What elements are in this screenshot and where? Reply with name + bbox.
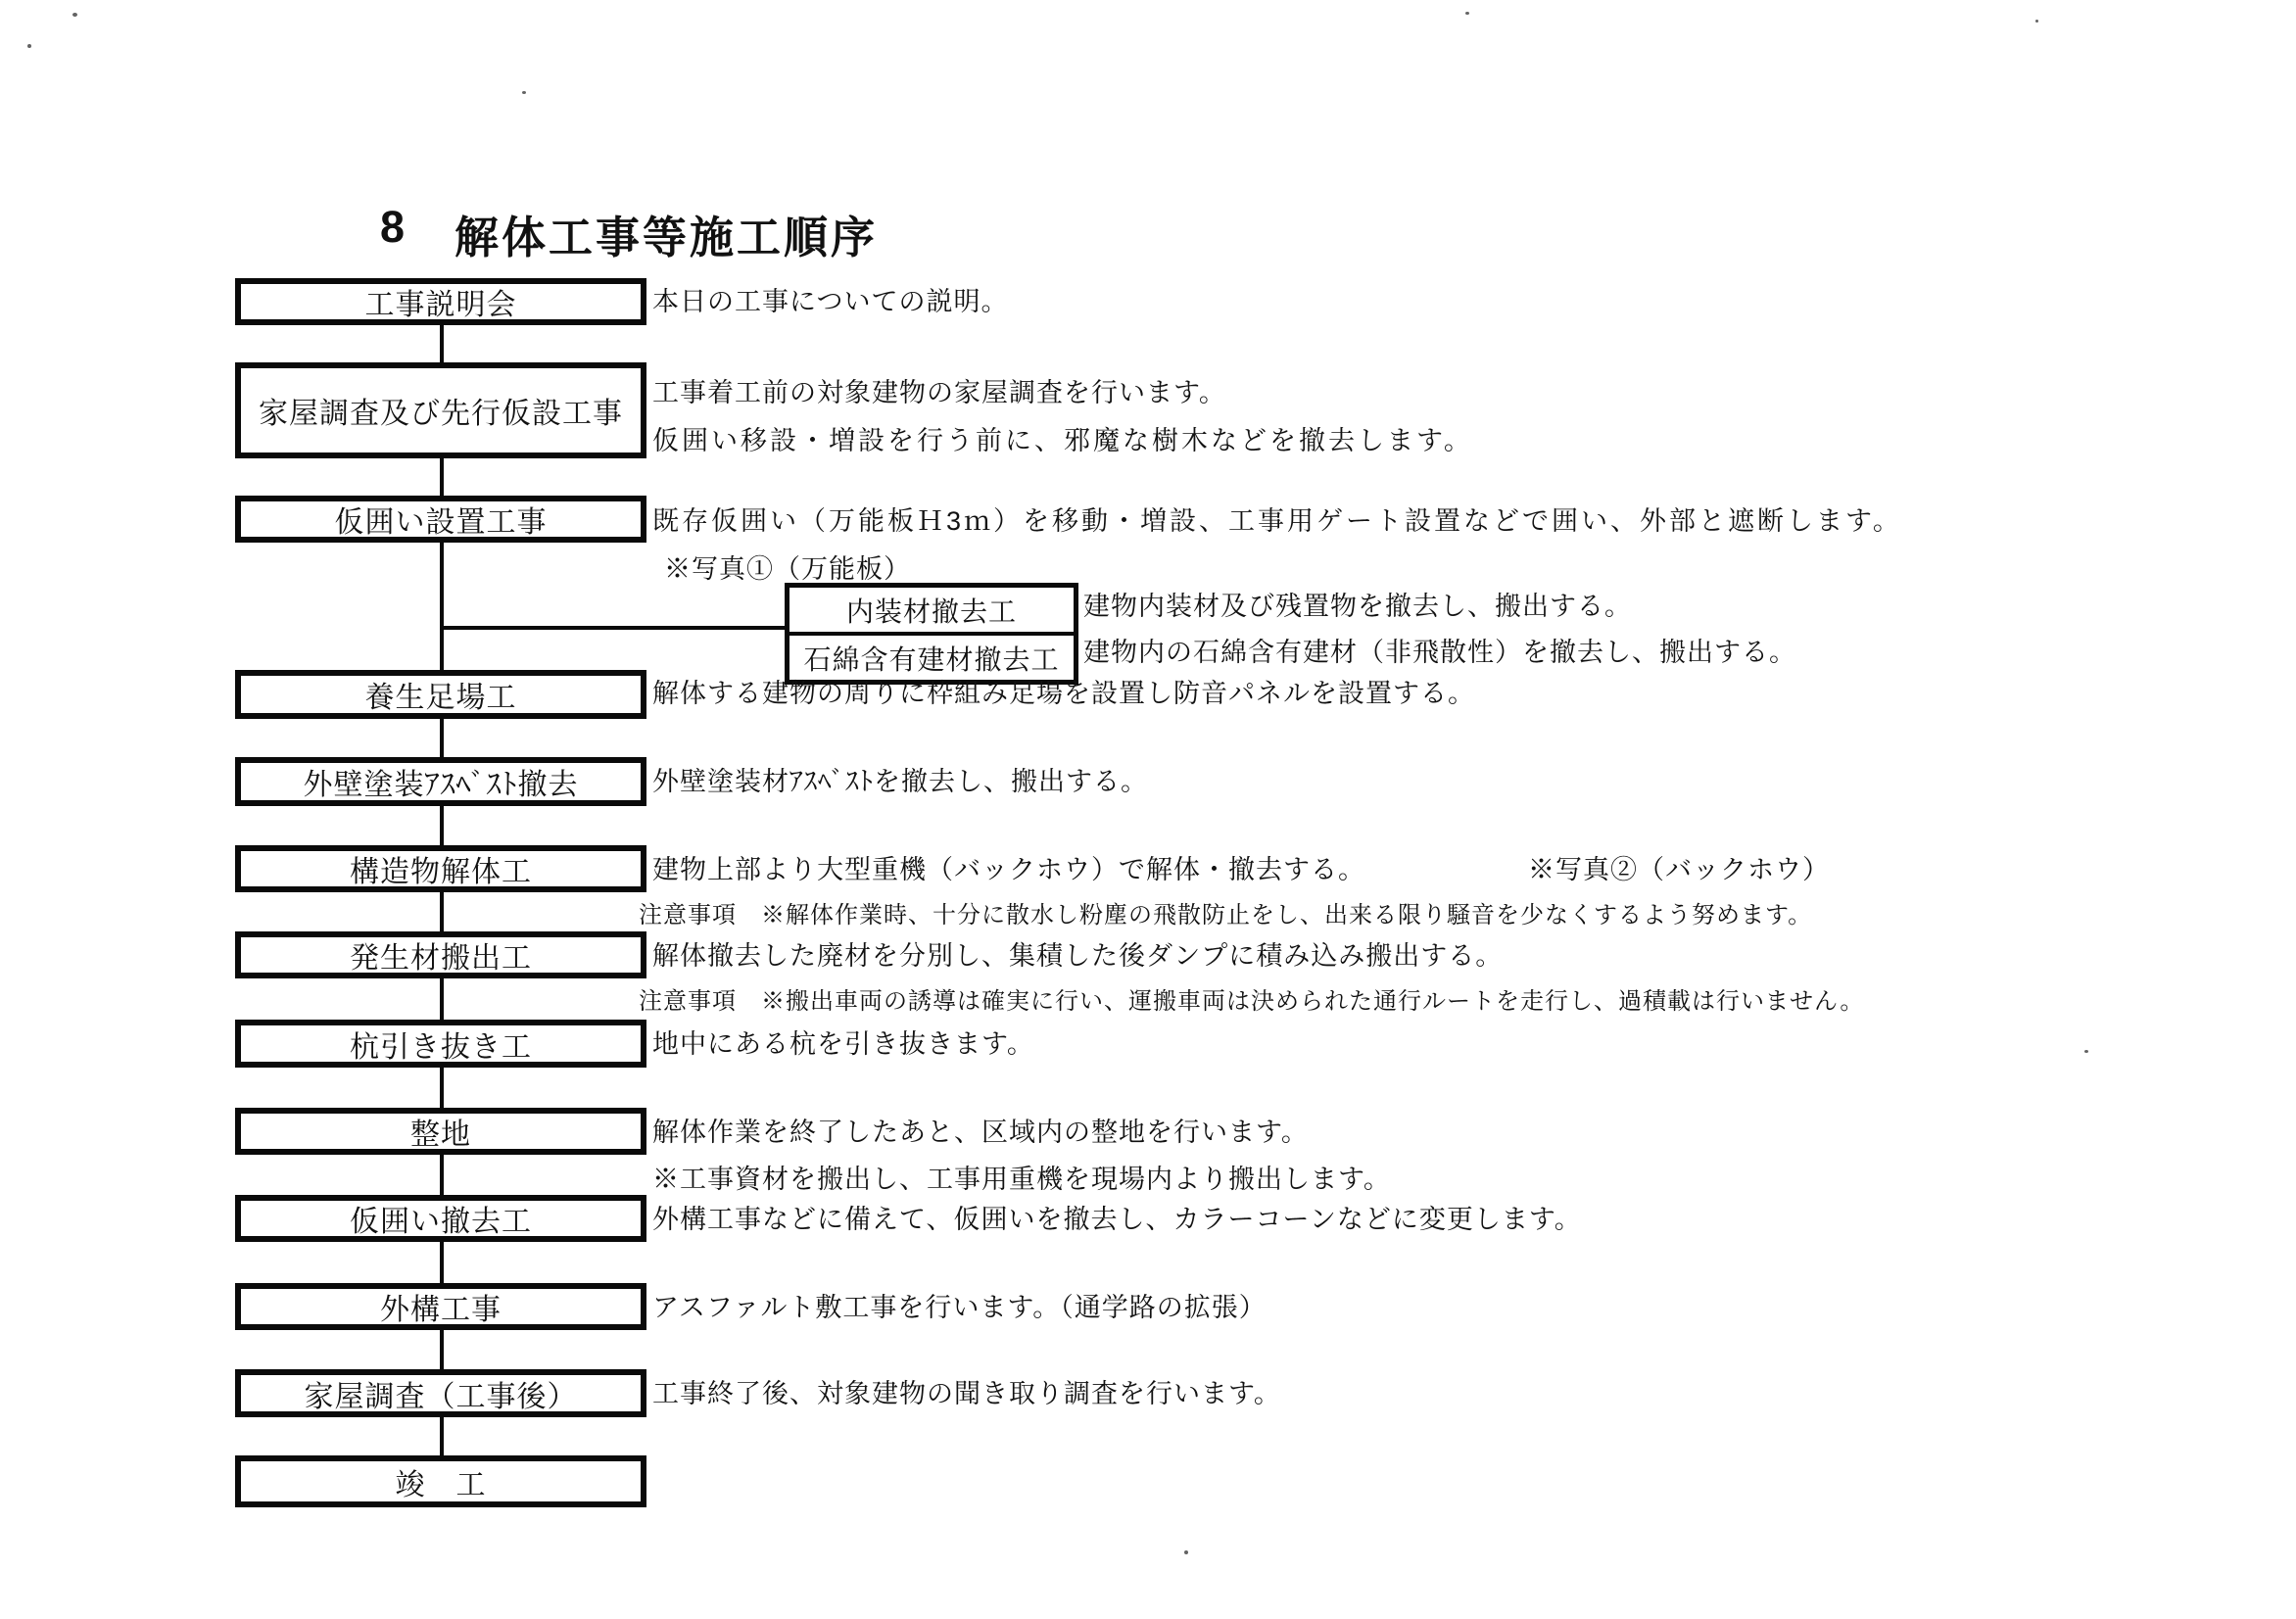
scan-speck: [2084, 1050, 2088, 1053]
flow-box-label: 家屋調査（工事後）: [305, 1372, 578, 1415]
flow-box-label: 内装材撤去工: [846, 591, 1017, 630]
flow-subbox-group: 内装材撤去工 石綿含有建材撤去工: [785, 583, 1078, 685]
flow-box-label: 構造物解体工: [350, 847, 532, 890]
flow-box-naisouzai-tekkyo: 内装材撤去工: [789, 588, 1074, 632]
step-description: 工事終了後、対象建物の聞き取り調査を行います。: [652, 1378, 1281, 1411]
step-description: 外壁塗装材ｱｽﾍﾞｽﾄを撤去し、搬出する。: [652, 766, 1148, 799]
flow-box-gaiheki-asbestos: 外壁塗装ｱｽﾍﾞｽﾄ撤去: [235, 757, 646, 806]
step-description: ※工事資材を搬出し、工事用重機を現場内より搬出します。: [652, 1164, 1391, 1197]
flow-box-label: 外構工事: [380, 1285, 502, 1328]
step-description: アスファルト敷工事を行います。（通学路の拡張）: [652, 1292, 1267, 1325]
flow-box-sekimen-kenzai-tekkyo: 石綿含有建材撤去工: [789, 632, 1074, 680]
step-description: 解体作業を終了したあと、区域内の整地を行います。: [652, 1117, 1309, 1150]
scanned-document-page: 8 解体工事等施工順序 工事説明会 家屋調査及び先行仮設工事 仮囲い設置工事 養…: [0, 0, 2296, 1619]
flow-box-youjou-ashiba: 養生足場工: [235, 670, 646, 719]
flow-box-label: 整地: [410, 1110, 471, 1153]
flow-box-karigakoi-tekkyo: 仮囲い撤去工: [235, 1195, 646, 1242]
caution-note: 注意事項 ※搬出車両の誘導は確実に行い、運搬車両は決められた通行ルートを走行し、…: [639, 987, 1864, 1017]
flow-box-label: 仮囲い設置工事: [335, 498, 548, 541]
scan-speck: [27, 44, 31, 48]
scan-speck: [1465, 12, 1469, 15]
scan-speck: [522, 91, 526, 94]
flow-box-gaikou-kouji: 外構工事: [235, 1283, 646, 1330]
scan-speck: [72, 13, 77, 17]
substep-description: 建物内装材及び残置物を撤去し、搬出する。: [1083, 591, 1632, 624]
flow-box-label: 杭引き抜き工: [350, 1023, 532, 1066]
flow-box-kui-hikinuki: 杭引き抜き工: [235, 1020, 646, 1068]
flow-box-kouji-setsumeikai: 工事説明会: [235, 278, 646, 325]
flow-box-label: 工事説明会: [365, 280, 517, 323]
step-description: 解体する建物の周りに枠組み足場を設置し防音パネルを設置する。: [652, 678, 1475, 711]
flow-box-kaoku-chousa-sekou-mae: 家屋調査及び先行仮設工事: [235, 362, 646, 458]
flow-box-karigakoi-setchi: 仮囲い設置工事: [235, 496, 646, 543]
flow-box-label: 発生材搬出工: [350, 933, 532, 976]
photo-reference-note: ※写真①（万能板）: [664, 553, 911, 587]
flow-box-hasseizai-hanshutsu: 発生材搬出工: [235, 931, 646, 978]
scan-speck: [2035, 20, 2038, 23]
step-description: 既存仮囲い（万能板Ｈ3ｍ）を移動・増設、工事用ゲート設置などで囲い、外部と遮断し…: [652, 505, 1902, 539]
flow-box-seichi: 整地: [235, 1108, 646, 1155]
flow-box-label: 外壁塗装ｱｽﾍﾞｽﾄ撤去: [304, 760, 579, 803]
flow-box-label: 養生足場工: [365, 673, 517, 716]
section-number: 8: [380, 202, 407, 265]
flow-connector-branch: [442, 626, 787, 630]
step-description: 建物上部より大型重機（バックホウ）で解体・撤去する。: [652, 854, 1365, 887]
section-title: 解体工事等施工順序: [454, 202, 878, 265]
step-description: 地中にある杭を引き抜きます。: [652, 1028, 1034, 1062]
step-description: 本日の工事についての説明。: [652, 286, 1008, 319]
flow-box-label: 竣 工: [396, 1460, 487, 1503]
page-title: 8 解体工事等施工順序: [380, 202, 878, 265]
flow-box-label: 仮囲い撤去工: [350, 1197, 532, 1240]
substep-description: 建物内の石綿含有建材（非飛散性）を撤去し、搬出する。: [1083, 637, 1796, 670]
scan-speck: [1184, 1550, 1188, 1554]
flow-box-shunkou: 竣 工: [235, 1455, 646, 1507]
photo-reference-note: ※写真②（バックホウ）: [1528, 854, 1830, 887]
caution-note: 注意事項 ※解体作業時、十分に散水し粉塵の飛散防止をし、出来る限り騒音を少なくす…: [639, 901, 1812, 930]
flow-box-label: 家屋調査及び先行仮設工事: [259, 389, 623, 432]
step-description: 解体撤去した廃材を分別し、集積した後ダンプに積み込み搬出する。: [652, 940, 1503, 974]
step-description: 外構工事などに備えて、仮囲いを撤去し、カラーコーンなどに変更します。: [652, 1204, 1582, 1237]
flow-box-label: 石綿含有建材撤去工: [803, 639, 1059, 678]
flow-box-kouzoubutsu-kaitai: 構造物解体工: [235, 845, 646, 892]
step-description: 仮囲い移設・増設を行う前に、邪魔な樹木などを撤去します。: [652, 425, 1473, 458]
step-description: 工事着工前の対象建物の家屋調査を行います。: [652, 377, 1226, 410]
flow-box-kaoku-chousa-kouji-go: 家屋調査（工事後）: [235, 1369, 646, 1417]
